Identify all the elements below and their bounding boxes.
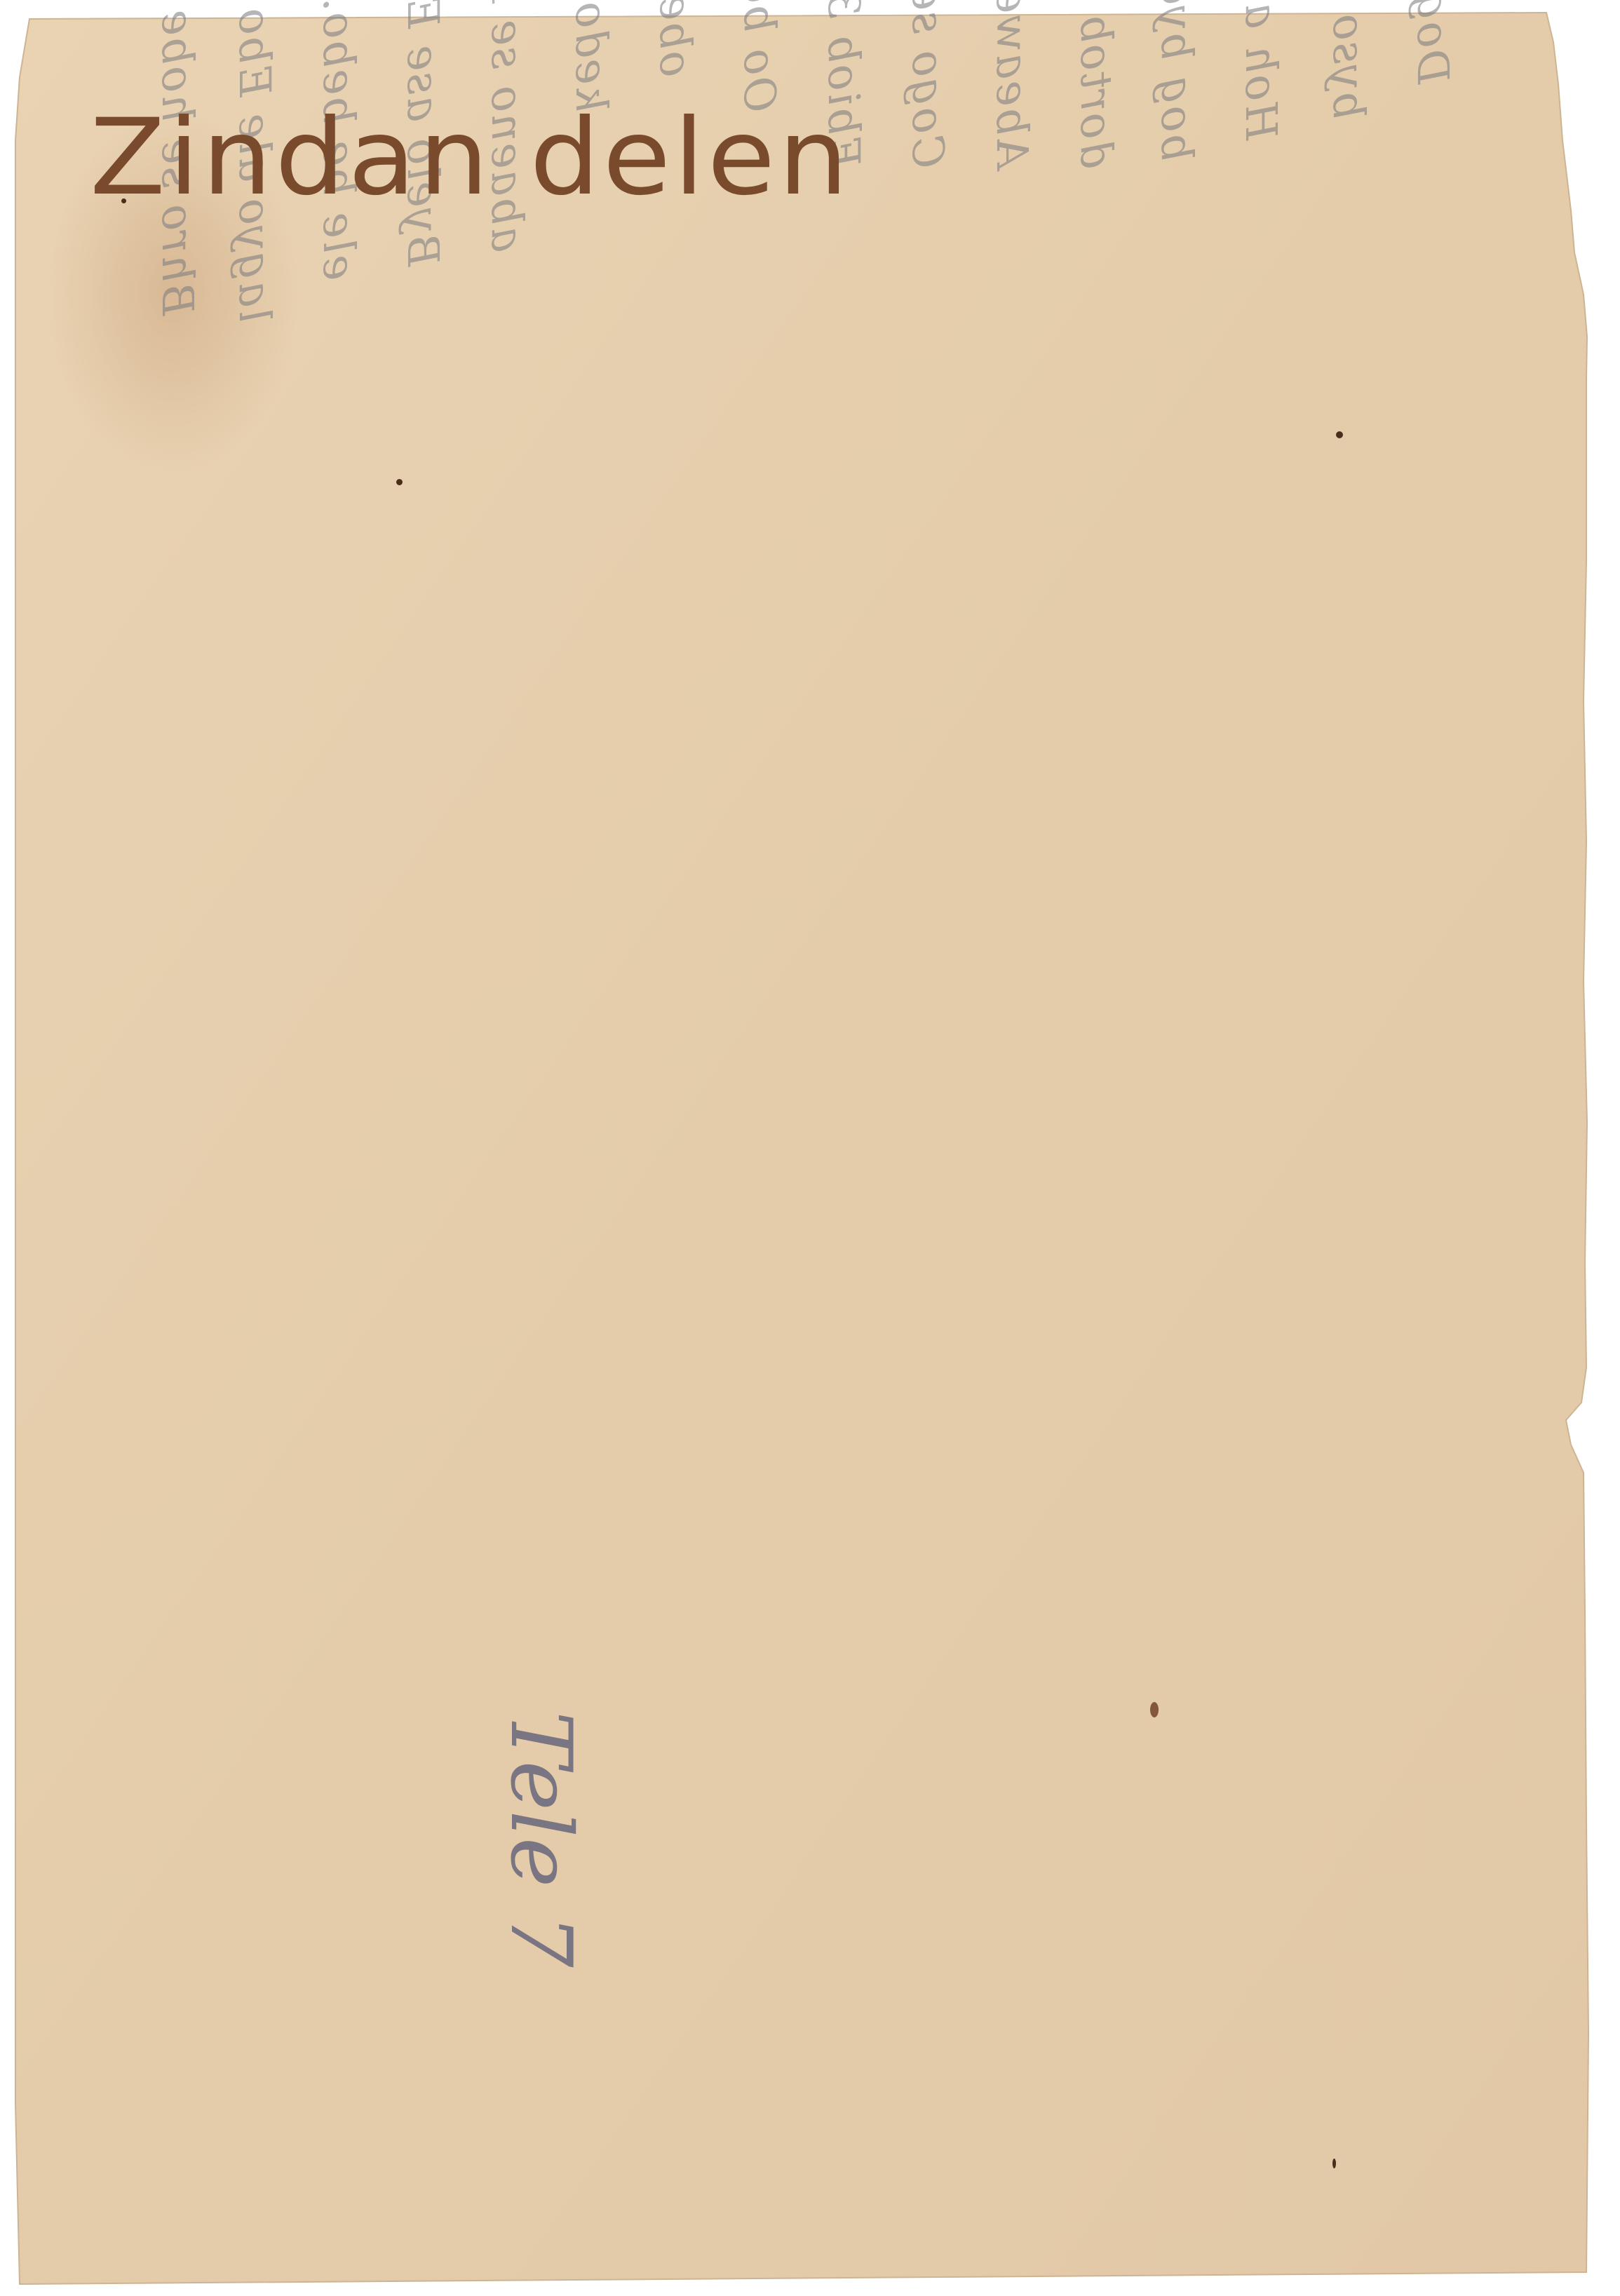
document-title: Zindan delen — [90, 105, 851, 210]
ink-speck — [121, 198, 126, 203]
ink-speck — [1336, 431, 1343, 438]
ink-speck — [396, 479, 403, 485]
ink-smudge — [1150, 1702, 1159, 1717]
paper-sheet — [0, 0, 1620, 2296]
document-page: Dogs Ra bi ebhoe ele. Pamra coder se leb… — [0, 0, 1620, 2296]
ink-speck — [1332, 2159, 1336, 2168]
pencil-annotation: Tele 7 — [492, 1711, 589, 1968]
